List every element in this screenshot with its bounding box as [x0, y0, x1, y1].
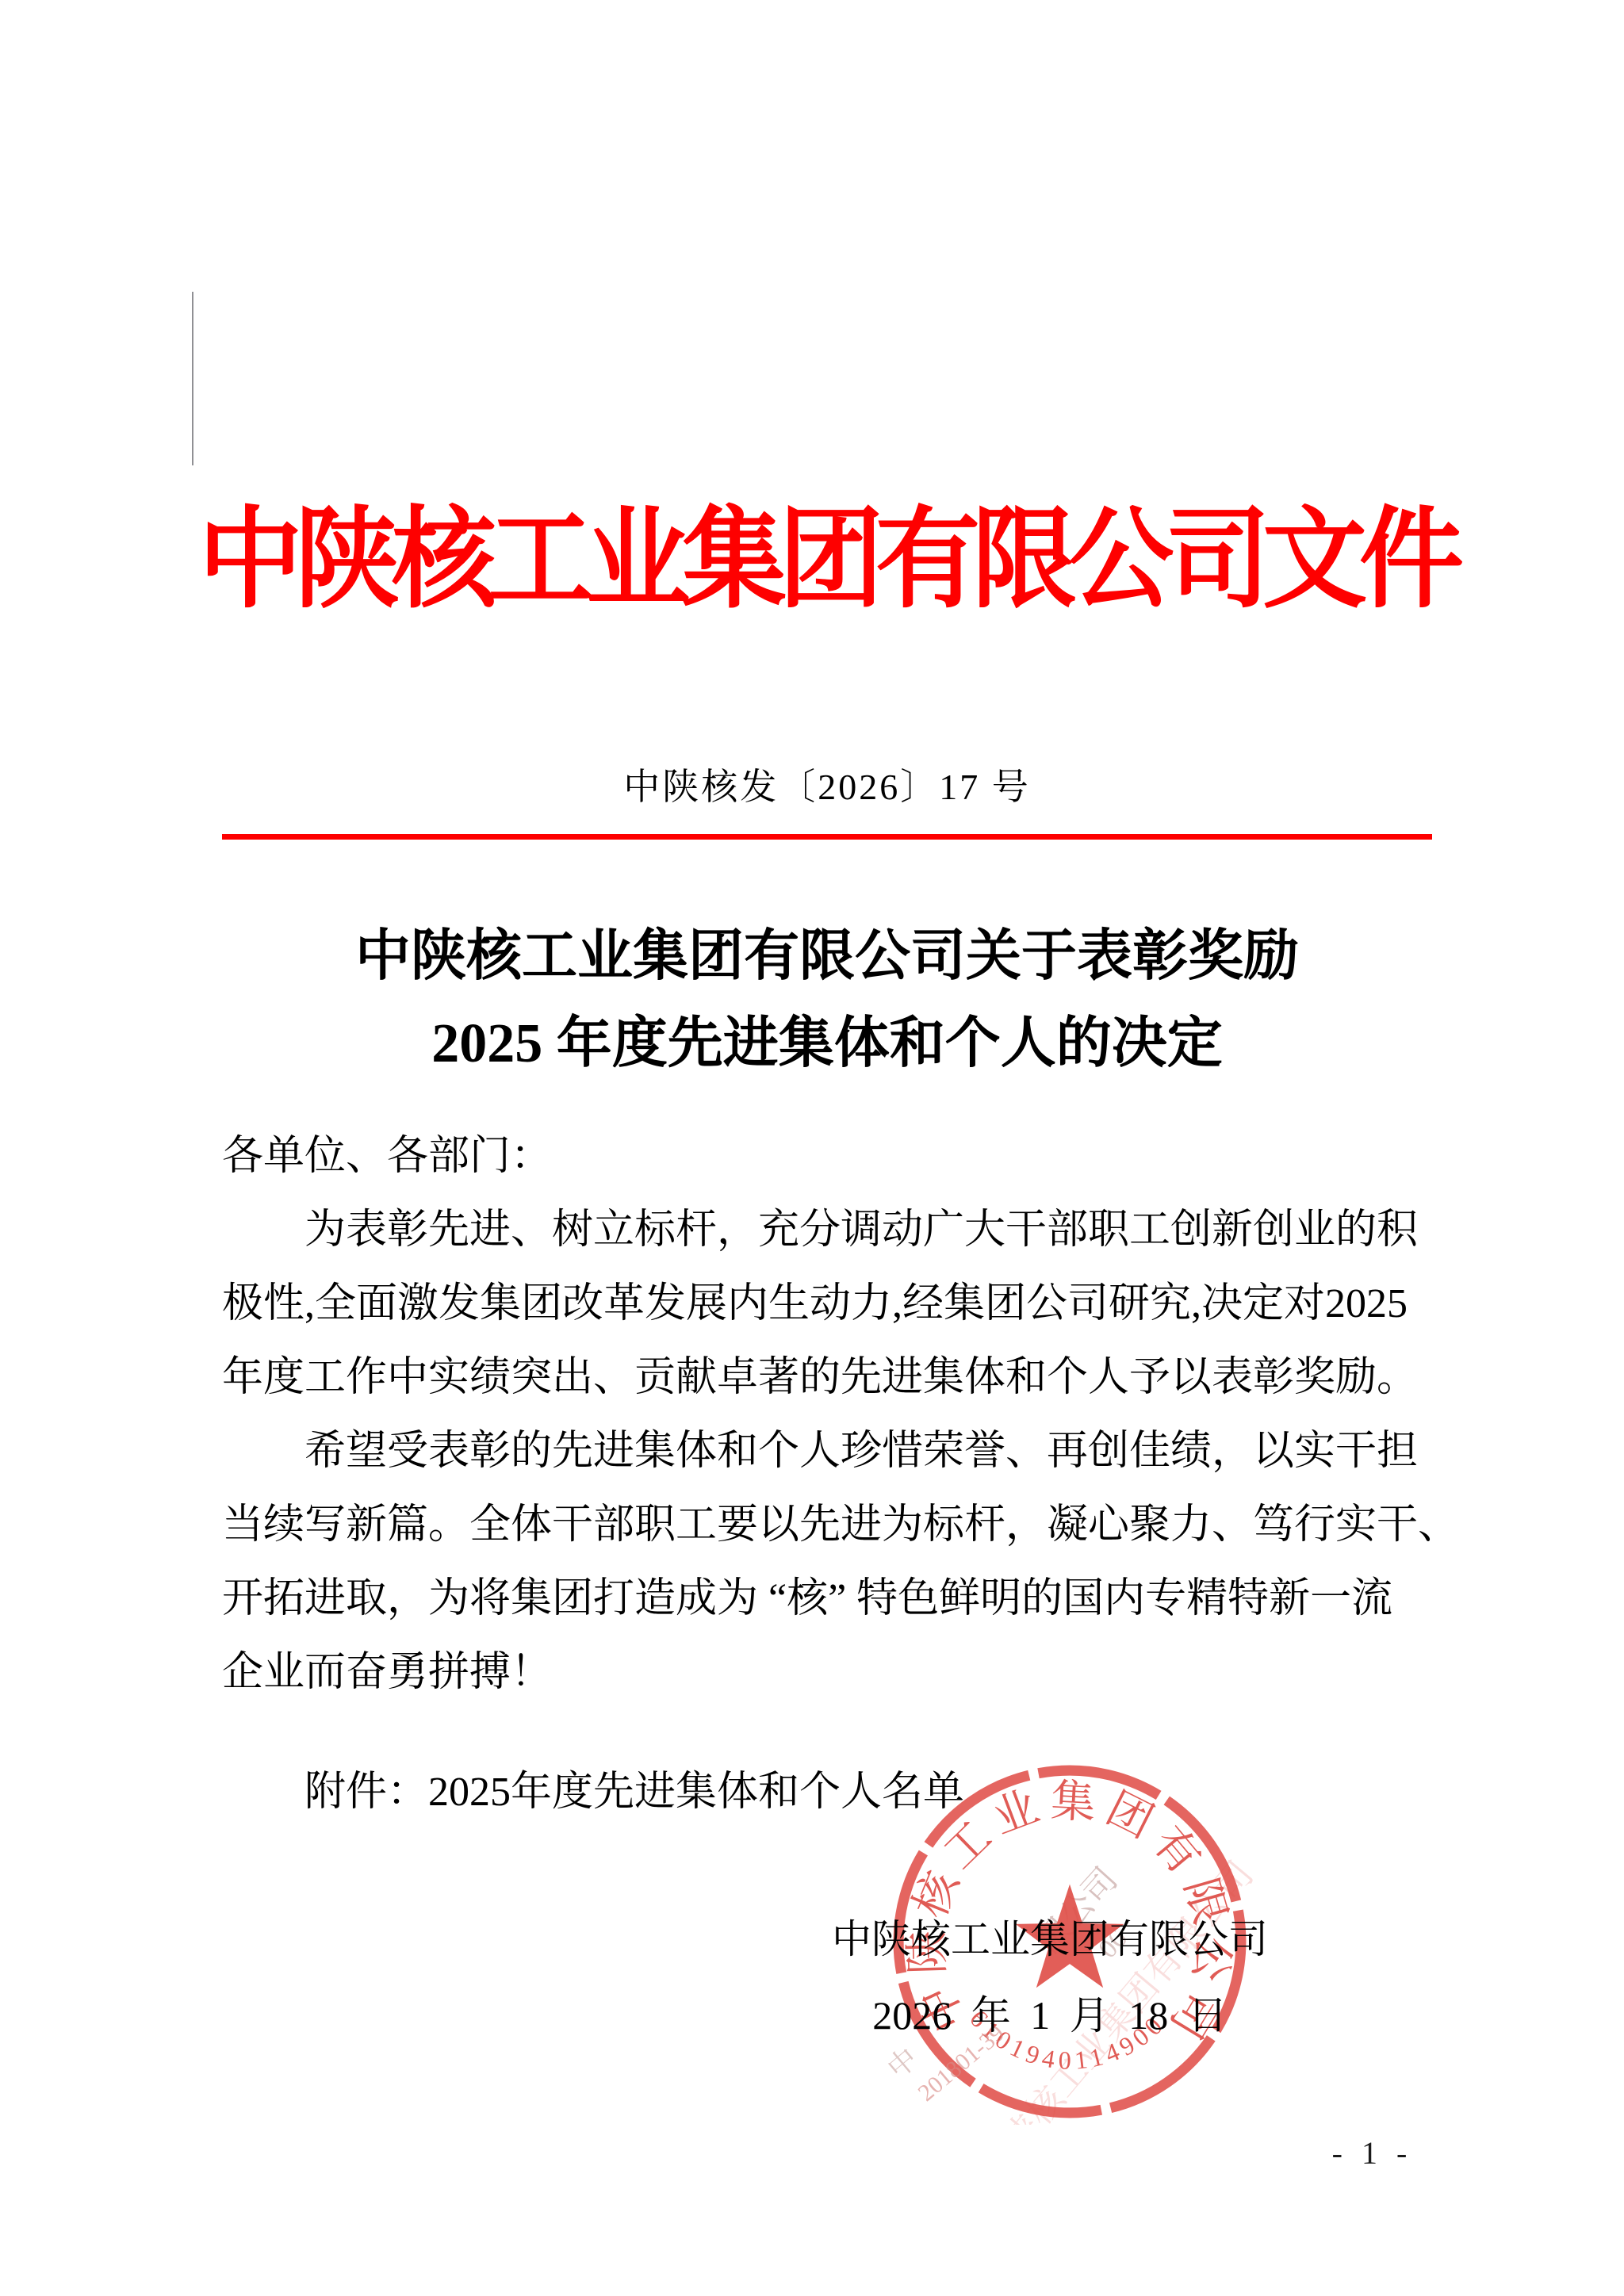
document-title-line1: 中陕核工业集团有限公司关于表彰奖励	[222, 913, 1432, 1001]
salutation: 各单位、各部门：	[222, 1119, 1432, 1193]
page-number: - 1 -	[1302, 2134, 1437, 2172]
body-line: 极性,全面激发集团改革发展内生动力,经集团公司研究,决定对2025	[222, 1267, 1432, 1341]
body-line: 当续写新篇。全体干部职工要以先进为标杆，凝心聚力、笃行实干、	[222, 1488, 1432, 1562]
body-line: 希望受表彰的先进集体和个人珍惜荣誉、再创佳绩，以实干担	[222, 1414, 1432, 1488]
signature-date: 2026 年 1 月 18 日	[809, 1977, 1291, 2053]
signature-block: 中陕核工业集团有限公司 2026 年 1 月 18 日	[809, 1901, 1291, 2053]
scan-fold-line	[192, 292, 193, 465]
body-line: 年度工作中实绩突出、贡献卓著的先进集体和个人予以表彰奖励。	[222, 1341, 1432, 1414]
body-line: 开拓进取，为将集团打造成为 “核” 特色鲜明的国内专精特新一流	[222, 1562, 1432, 1636]
attachment-line: 附件：2025年度先进集体和个人名单	[304, 1755, 964, 1829]
red-header-title: 中陕核工业集团有限公司文件	[222, 495, 1432, 626]
body-line: 为表彰先进、树立标杆，充分调动广大干部职工创新创业的积	[222, 1193, 1432, 1267]
document-title: 中陕核工业集团有限公司关于表彰奖励 2025 年度先进集体和个人的决定	[222, 913, 1432, 1088]
red-divider-rule	[222, 834, 1432, 840]
signature-org-name: 中陕核工业集团有限公司	[809, 1901, 1291, 1977]
document-title-line2: 2025 年度先进集体和个人的决定	[222, 1001, 1432, 1088]
document-page: 中陕核工业集团有限公司文件 中陕核发〔2026〕17 号 中陕核工业集团有限公司…	[0, 0, 1624, 2296]
org-title-text: 中陕核工业集团有限公司文件	[198, 492, 1456, 629]
document-body: 各单位、各部门： 为表彰先进、树立标杆，充分调动广大干部职工创新创业的积 极性,…	[222, 1119, 1432, 1709]
document-number: 中陕核发〔2026〕17 号	[222, 760, 1432, 815]
body-line: 企业而奋勇拼搏！	[222, 1636, 1432, 1709]
